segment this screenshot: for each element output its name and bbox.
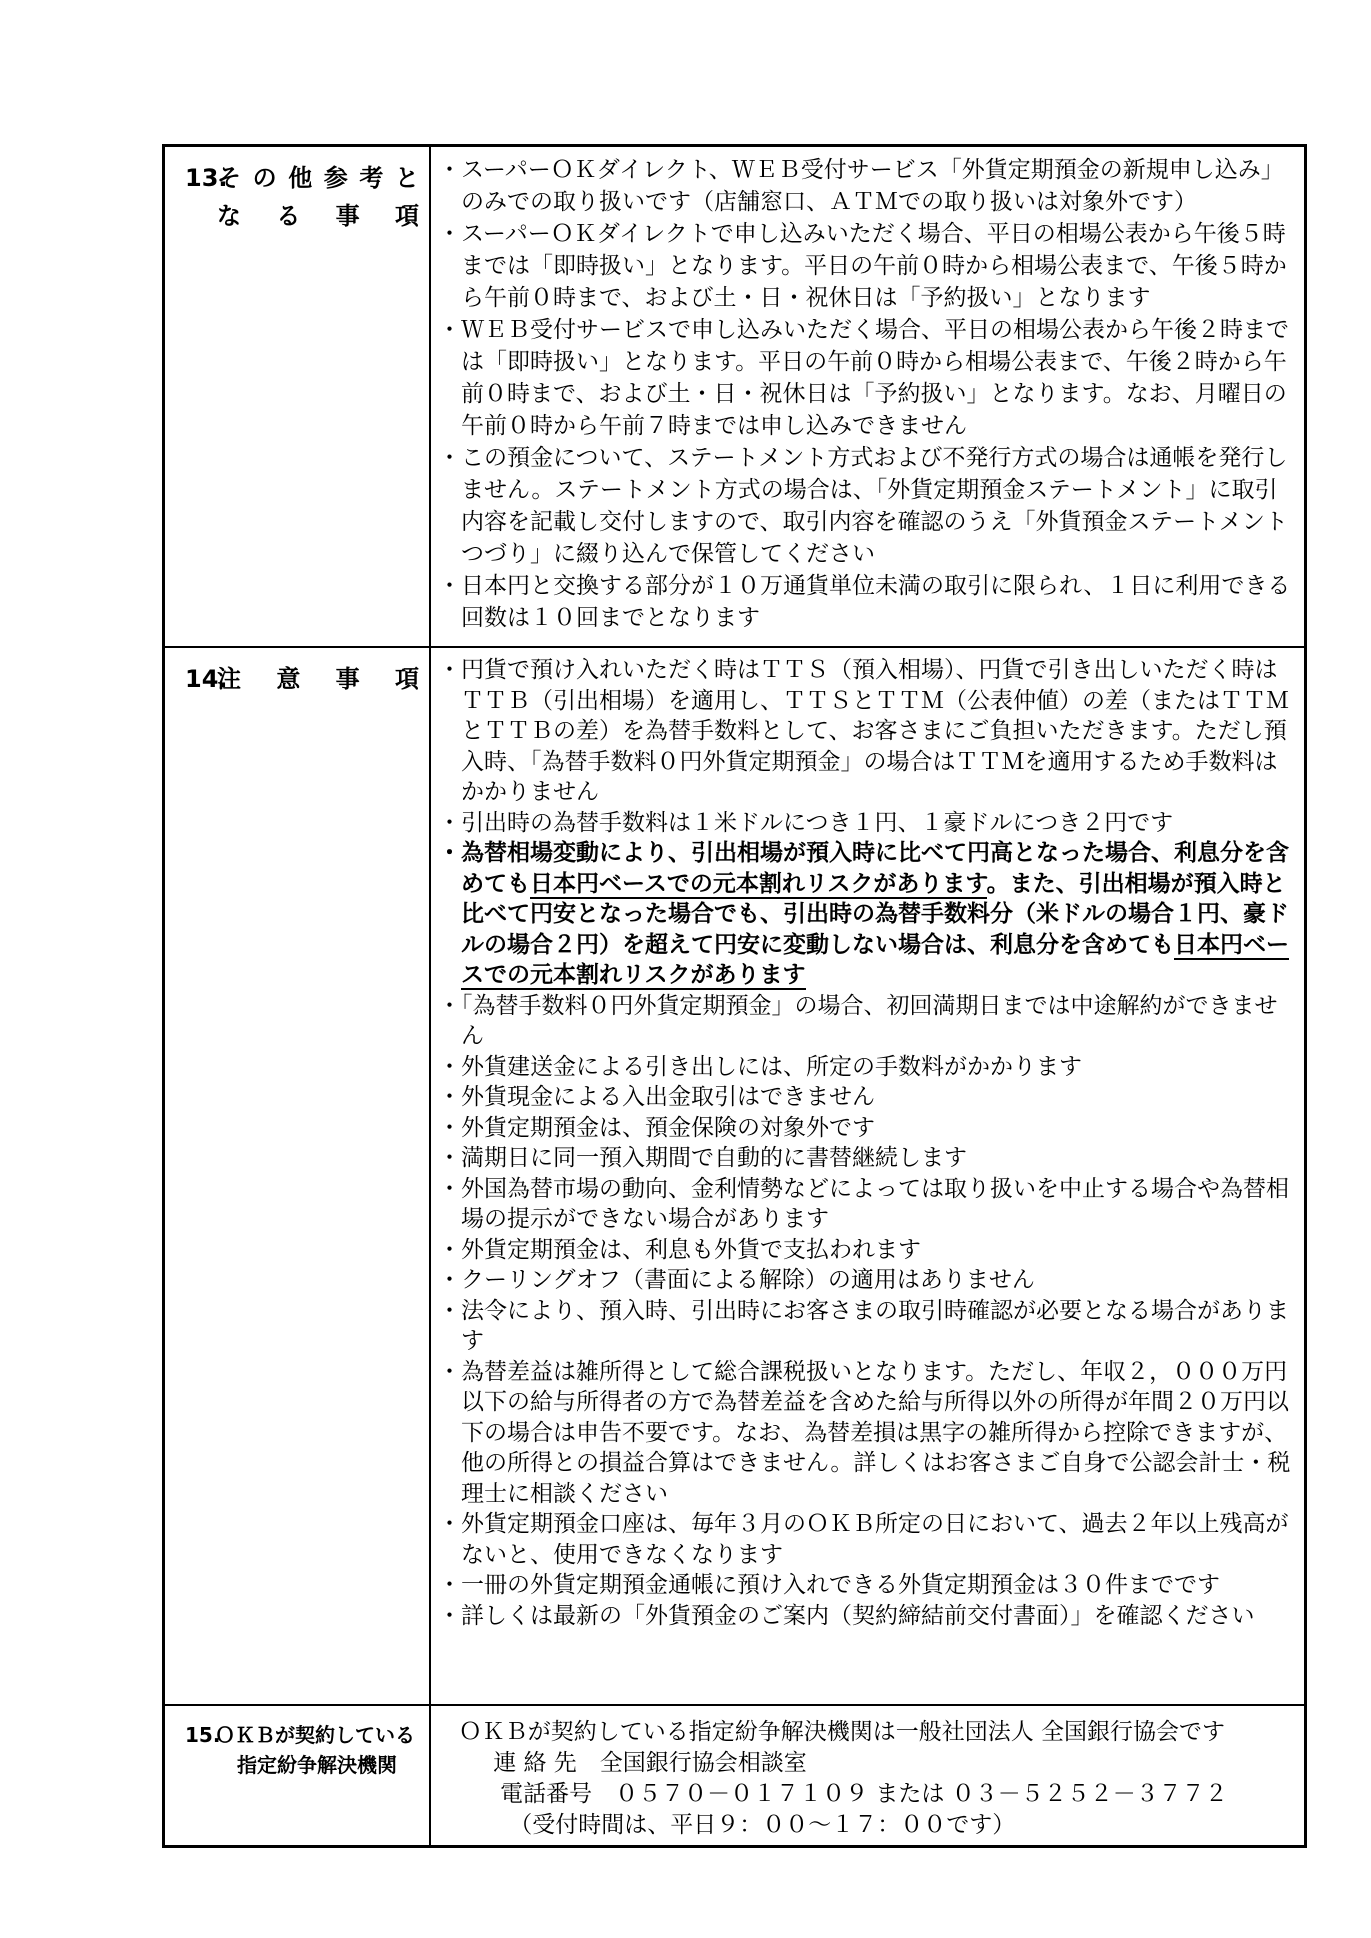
bullet-item: ・外貨定期預金口座は、毎年３月のＯＫＢ所定の日において、過去２年以上残高がないと… <box>438 1509 1292 1570</box>
bullet-item: ・為替差益は雑所得として総合課税扱いとなります。ただし、年収２，０００万円以下の… <box>438 1357 1292 1510</box>
text-segment: 外貨定期預金は、預金保険の対象外です <box>461 1115 875 1141</box>
text-segment: 「為替手数料０円外貨定期預金」の場合、初回満期日までは中途解約ができません <box>461 993 1278 1050</box>
text-segment: 連 絡 先 全国銀行協会相談室 <box>493 1750 807 1776</box>
row-number <box>185 1750 215 1780</box>
text-segment: クーリングオフ（書面による解除）の適用はありません <box>461 1267 1035 1293</box>
bullet-item: ・円貨で預け入れいただく時はＴＴＳ（預入相場）、円貨で引き出しいただく時はＴＴＢ… <box>438 655 1292 808</box>
text-segment: 外国為替市場の動向、金利情勢などによっては取り扱いを中止する場合や為替相場の提示… <box>461 1176 1289 1233</box>
text-segment: 為替差益は雑所得として総合課税扱いとなります。ただし、年収２，０００万円以下の給… <box>461 1359 1290 1507</box>
bullet-marker: ・ <box>438 1572 461 1598</box>
text-segment: ＯＫＢが契約している指定紛争解決機関は一般社団法人 全国銀行協会です <box>459 1719 1225 1745</box>
table-row-14-caution-items: 14.注意事項 ・円貨で預け入れいただく時はＴＴＳ（預入相場）、円貨で引き出しい… <box>165 648 1304 1706</box>
text-segment: 外貨定期預金口座は、毎年３月のＯＫＢ所定の日において、過去２年以上残高がないと、… <box>461 1511 1289 1568</box>
text-line: 連 絡 先 全国銀行協会相談室 <box>493 1748 1292 1779</box>
bullet-item: ・この預金について、ステートメント方式および不発行方式の場合は通帳を発行しません… <box>438 442 1292 570</box>
bullet-marker: ・ <box>438 657 461 683</box>
bullet-marker: ・ <box>438 317 461 343</box>
row-13-heading-cell: 13.その他参考となる事項 <box>165 147 431 646</box>
text-segment: （受付時間は、平日９：００～１７：００です） <box>509 1812 1015 1838</box>
bullet-item: ・詳しくは最新の「外貨預金のご案内（契約締結前交付書面）」を確認ください <box>438 1601 1292 1632</box>
row-heading-line: 指定紛争解決機関 <box>185 1750 419 1780</box>
bullet-item: ・外貨建送金による引き出しには、所定の手数料がかかります <box>438 1052 1292 1083</box>
text-segment: ＷＥＢ受付サービスで申し込みいただく場合、平日の相場公表から午後２時までは「即時… <box>461 317 1289 439</box>
row-heading-text: その他参考と <box>217 159 419 197</box>
bullet-item: ・満期日に同一預入期間で自動的に書替継続します <box>438 1143 1292 1174</box>
text-segment: 外貨定期預金は、利息も外貨で支払われます <box>461 1237 921 1263</box>
bullet-item: ・外貨定期預金は、利息も外貨で支払われます <box>438 1235 1292 1266</box>
bullet-item: ・外国為替市場の動向、金利情勢などによっては取り扱いを中止する場合や為替相場の提… <box>438 1174 1292 1235</box>
bullet-marker: ・ <box>438 1267 461 1293</box>
text-segment: 引出時の為替手数料は１米ドルにつき１円、１豪ドルにつき２円です <box>461 810 1173 836</box>
document-page: { "colors": { "border": "#000000", "text… <box>0 0 1371 1938</box>
row-heading-text: なる事項 <box>217 197 419 235</box>
bullet-item: ・引出時の為替手数料は１米ドルにつき１円、１豪ドルにつき２円です <box>438 808 1292 839</box>
bullet-marker: ・ <box>438 993 461 1019</box>
row-heading-line: なる事項 <box>185 197 419 235</box>
text-segment: この預金について、ステートメント方式および不発行方式の場合は通帳を発行しません。… <box>461 445 1288 567</box>
bullet-marker: ・ <box>438 1237 461 1263</box>
underlined-text: 日本円ベースでの元本割れリスクがあります <box>530 871 987 899</box>
bullet-marker: ・ <box>438 1115 461 1141</box>
bullet-item: ・日本円と交換する部分が１０万通貨単位未満の取引に限られ、１日に利用できる回数は… <box>438 570 1292 634</box>
bullet-marker: ・ <box>438 810 461 836</box>
row-heading-line: 14.注意事項 <box>185 660 419 698</box>
text-segment: 電話番号 ０５７０－０１７１０９ または ０３－５２５２－３７７２ <box>500 1781 1228 1807</box>
bullet-marker: ・ <box>438 1359 461 1385</box>
bullet-marker: ・ <box>438 445 461 471</box>
bullet-item: ・法令により、預入時、引出時にお客さまの取引時確認が必要となる場合があります <box>438 1296 1292 1357</box>
text-line: 電話番号 ０５７０－０１７１０９ または ０３－５２５２－３７７２ <box>500 1779 1292 1810</box>
table-row-15-dispute-resolution: 15.ＯＫＢが契約している指定紛争解決機関 ＯＫＢが契約している指定紛争解決機関… <box>165 1706 1304 1845</box>
bullet-marker: ・ <box>438 1511 461 1537</box>
text-segment: 円貨で預け入れいただく時はＴＴＳ（預入相場）、円貨で引き出しいただく時はＴＴＢ（… <box>461 657 1289 805</box>
row-14-content-cell: ・円貨で預け入れいただく時はＴＴＳ（預入相場）、円貨で引き出しいただく時はＴＴＢ… <box>431 648 1304 1704</box>
text-segment: 外貨現金による入出金取引はできません <box>461 1084 875 1110</box>
row-heading-text: 注意事項 <box>217 660 419 698</box>
bullet-marker: ・ <box>438 157 461 183</box>
text-segment: 外貨建送金による引き出しには、所定の手数料がかかります <box>461 1054 1082 1080</box>
text-segment: 一冊の外貨定期預金通帳に預け入れできる外貨定期預金は３０件までです <box>461 1572 1220 1598</box>
bullet-marker: ・ <box>438 1054 461 1080</box>
text-segment: 詳しくは最新の「外貨預金のご案内（契約締結前交付書面）」を確認ください <box>461 1603 1255 1629</box>
row-number: 15. <box>185 1720 215 1750</box>
row-number: 14. <box>185 660 217 698</box>
row-15-heading-cell: 15.ＯＫＢが契約している指定紛争解決機関 <box>165 1706 431 1845</box>
text-line: ＯＫＢが契約している指定紛争解決機関は一般社団法人 全国銀行協会です <box>459 1717 1292 1748</box>
bullet-marker: ・ <box>438 221 461 247</box>
row-number: 13. <box>185 159 217 197</box>
bullet-marker: ・ <box>438 1145 461 1171</box>
row-heading-line: 13.その他参考と <box>185 159 419 197</box>
bullet-item: ・外貨定期預金は、預金保険の対象外です <box>438 1113 1292 1144</box>
bullet-marker: ・ <box>438 1298 461 1324</box>
bullet-item: ・為替相場変動により、引出相場が預入時に比べて円高となった場合、利息分を含めても… <box>438 838 1292 991</box>
text-segment: スーパーＯＫダイレクトで申し込みいただく場合、平日の相場公表から午後５時までは「… <box>461 221 1287 311</box>
text-line: （受付時間は、平日９：００～１７：００です） <box>509 1810 1292 1841</box>
bullet-marker: ・ <box>438 1176 461 1202</box>
row-heading-text: 指定紛争解決機関 <box>215 1750 419 1780</box>
bullet-item: ・「為替手数料０円外貨定期預金」の場合、初回満期日までは中途解約ができません <box>438 991 1292 1052</box>
bullet-item: ・外貨現金による入出金取引はできません <box>438 1082 1292 1113</box>
bullet-marker: ・ <box>438 573 461 599</box>
text-segment: 法令により、預入時、引出時にお客さまの取引時確認が必要となる場合があります <box>461 1298 1289 1355</box>
row-14-heading-cell: 14.注意事項 <box>165 648 431 1704</box>
bullet-item: ・クーリングオフ（書面による解除）の適用はありません <box>438 1265 1292 1296</box>
text-segment: 満期日に同一預入期間で自動的に書替継続します <box>461 1145 967 1171</box>
terms-table: 13.その他参考となる事項 ・スーパーＯＫダイレクト、ＷＥＢ受付サービス「外貨定… <box>162 144 1307 1848</box>
bullet-marker: ・ <box>438 1084 461 1110</box>
row-number <box>185 197 217 235</box>
bullet-item: ・スーパーＯＫダイレクト、ＷＥＢ受付サービス「外貨定期預金の新規申し込み」のみで… <box>438 154 1292 218</box>
row-heading-text: ＯＫＢが契約している <box>215 1720 419 1750</box>
bullet-marker: ・ <box>438 840 461 866</box>
text-segment: スーパーＯＫダイレクト、ＷＥＢ受付サービス「外貨定期預金の新規申し込み」のみでの… <box>461 157 1284 215</box>
bullet-item: ・ＷＥＢ受付サービスで申し込みいただく場合、平日の相場公表から午後２時までは「即… <box>438 314 1292 442</box>
bullet-item: ・一冊の外貨定期預金通帳に預け入れできる外貨定期預金は３０件までです <box>438 1570 1292 1601</box>
bullet-item: ・スーパーＯＫダイレクトで申し込みいただく場合、平日の相場公表から午後５時までは… <box>438 218 1292 314</box>
row-15-content-cell: ＯＫＢが契約している指定紛争解決機関は一般社団法人 全国銀行協会です連 絡 先 … <box>431 1706 1304 1845</box>
table-row-13-other-reference-items: 13.その他参考となる事項 ・スーパーＯＫダイレクト、ＷＥＢ受付サービス「外貨定… <box>165 147 1304 648</box>
row-heading-line: 15.ＯＫＢが契約している <box>185 1720 419 1750</box>
bullet-marker: ・ <box>438 1603 461 1629</box>
row-13-content-cell: ・スーパーＯＫダイレクト、ＷＥＢ受付サービス「外貨定期預金の新規申し込み」のみで… <box>431 147 1304 646</box>
text-segment: 日本円と交換する部分が１０万通貨単位未満の取引に限られ、１日に利用できる回数は１… <box>461 573 1290 631</box>
